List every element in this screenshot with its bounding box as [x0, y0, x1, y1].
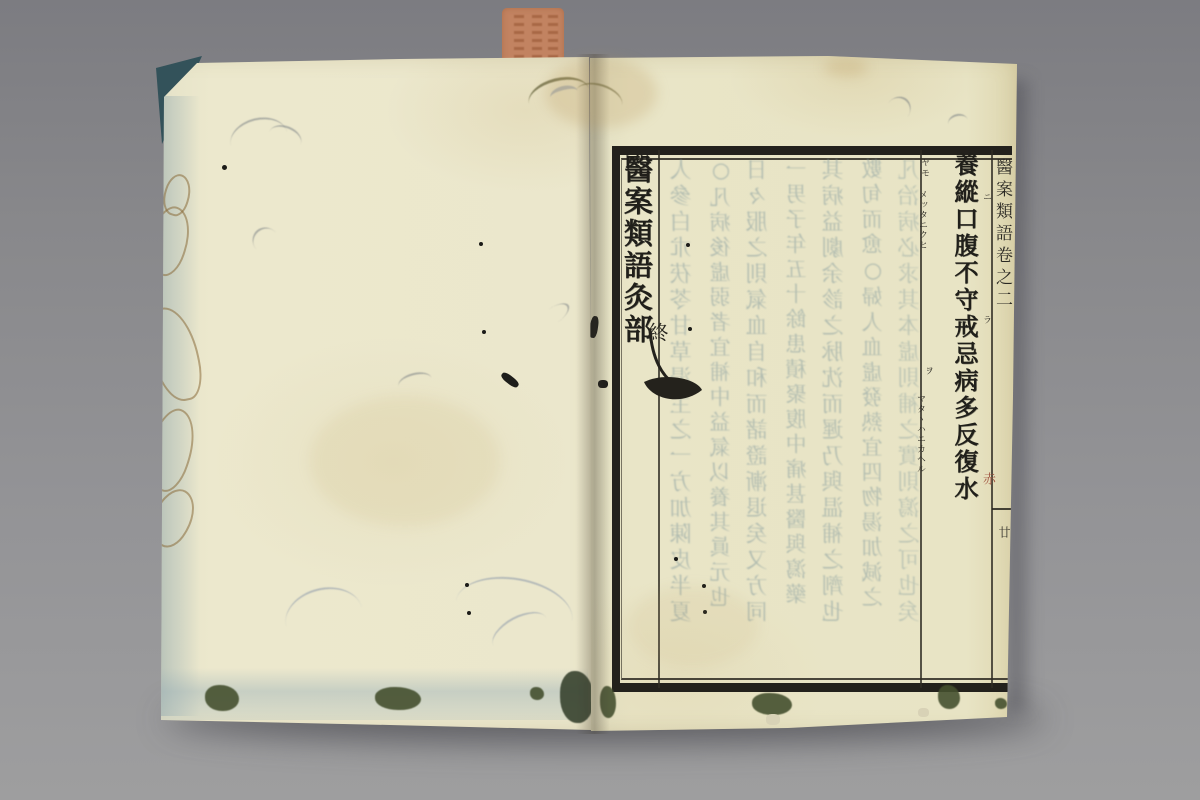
column-rule: [991, 150, 993, 688]
ink-speck: [479, 242, 483, 246]
edge-ink-blob: [938, 685, 960, 709]
foxing-stain: [545, 58, 657, 128]
photo-scene: 人參白朮茯苓甘草湯主之一方加陳皮半夏 ○凡病後虛弱者宜補中益氣以養其眞元也 日々…: [0, 0, 1200, 800]
edge-ink-blob: [375, 687, 421, 710]
red-ink-annotation: 赤: [978, 472, 997, 486]
foxing-stain: [824, 58, 868, 76]
stamp-illegible-text: [548, 15, 558, 59]
kana-annotation: メッタニクヒ: [916, 190, 929, 282]
main-text-column: 養縱口腹不守戒忌病多反復水: [930, 152, 982, 572]
ink-dash: [500, 371, 521, 390]
ink-speck: [222, 165, 227, 170]
stamp-illegible-text: [532, 15, 542, 59]
paper-tear: [766, 714, 780, 725]
bleedthrough-column: 其病益劇余診之脉沈而遲乃與温補之劑也: [818, 158, 852, 680]
spine-crease-shadow: [576, 54, 610, 734]
edge-ink-blob: [995, 698, 1007, 709]
ink-speck: [465, 583, 469, 587]
ink-smudge: [396, 369, 433, 395]
edge-ink-blob: [205, 685, 239, 711]
ink-speck: [688, 327, 692, 331]
ink-speck: [674, 557, 678, 561]
ink-smudge: [533, 299, 573, 334]
foxing-stain: [310, 396, 500, 526]
kana-annotation: ヲ: [922, 366, 935, 376]
paper-tear: [918, 708, 929, 717]
brush-flourish: [638, 328, 708, 404]
collection-stamp: [502, 8, 564, 66]
faint-smudge: [946, 112, 969, 132]
ink-speck: [686, 243, 690, 247]
kana-annotation: ラ: [980, 315, 993, 325]
ink-speck: [482, 330, 486, 334]
hashira-running-title: 醫案類語卷之二: [995, 158, 1015, 403]
faint-blue-scribble: [279, 579, 369, 654]
stamp-illegible-text: [514, 15, 524, 59]
bleedthrough-column: 日々服之則氣血自和而諸證漸退矣又方同: [742, 158, 776, 680]
bleedthrough-column: 數旬而愈○婦人血虛發熱宜四物湯加減之: [856, 158, 890, 680]
kana-annotation: マタヽハニカヘル: [914, 394, 927, 490]
ink-smudge: [247, 222, 285, 260]
edge-ink-blob: [752, 693, 792, 715]
kana-annotation: ニ: [980, 192, 993, 202]
bleedthrough-column: 一男子年五十餘患積聚腹中痛甚醫與瀉藥: [780, 158, 814, 680]
foxing-stain: [628, 586, 758, 666]
left-page: [150, 56, 592, 732]
faint-smudge: [880, 92, 916, 129]
kana-annotation: ヤモ: [918, 158, 931, 178]
right-page: 人參白朮茯苓甘草湯主之一方加陳皮半夏 ○凡病後虛弱者宜補中益氣以養其眞元也 日々…: [588, 56, 1018, 732]
ink-speck: [467, 611, 471, 615]
edge-ink-blob: [530, 687, 544, 700]
